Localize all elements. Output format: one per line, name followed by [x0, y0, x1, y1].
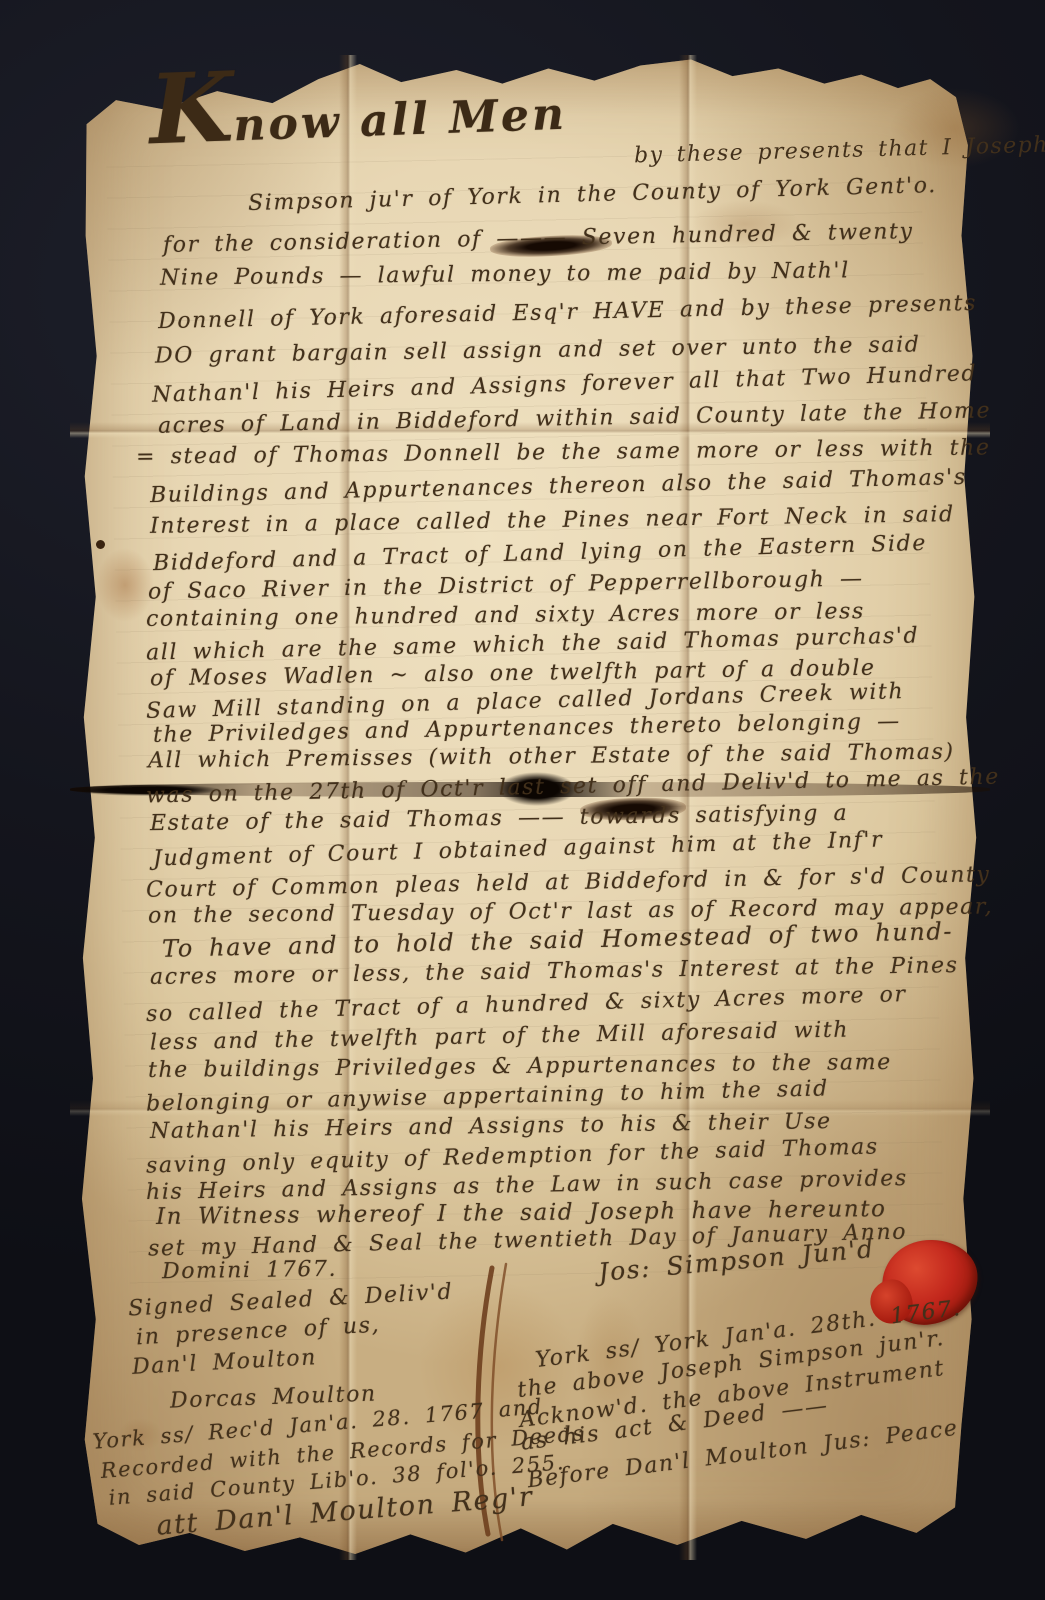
opening-continuation: by these presents that I Joseph [634, 133, 1045, 169]
witness-line: Dan'l Moulton [131, 1345, 317, 1380]
manuscript-line: for the consideration of ——— Seven hundr… [163, 219, 914, 258]
opening-words: Know all Men [149, 89, 567, 155]
witness-line: Signed Sealed & Deliv'd [128, 1280, 454, 1322]
manuscript-line: Nine Pounds — lawful money to me paid by… [160, 258, 850, 290]
manuscript-line: = stead of Thomas Donnell be the same mo… [136, 435, 991, 469]
manuscript-line: Donnell of York aforesaid Esq'r HAVE and… [158, 291, 977, 334]
manuscript-line: Buildings and Appurtenances thereon also… [150, 465, 967, 508]
manuscript-line: Domini 1767. [162, 1257, 338, 1285]
photo-background: Know all Men by these presents that I Jo… [0, 0, 1045, 1600]
manuscript-line: Simpson ju'r of York in the County of Yo… [248, 173, 937, 216]
manuscript-line: DO grant bargain sell assign and set ove… [155, 332, 921, 368]
manuscript-text: Know all Men by these presents that I Jo… [0, 0, 1045, 1600]
